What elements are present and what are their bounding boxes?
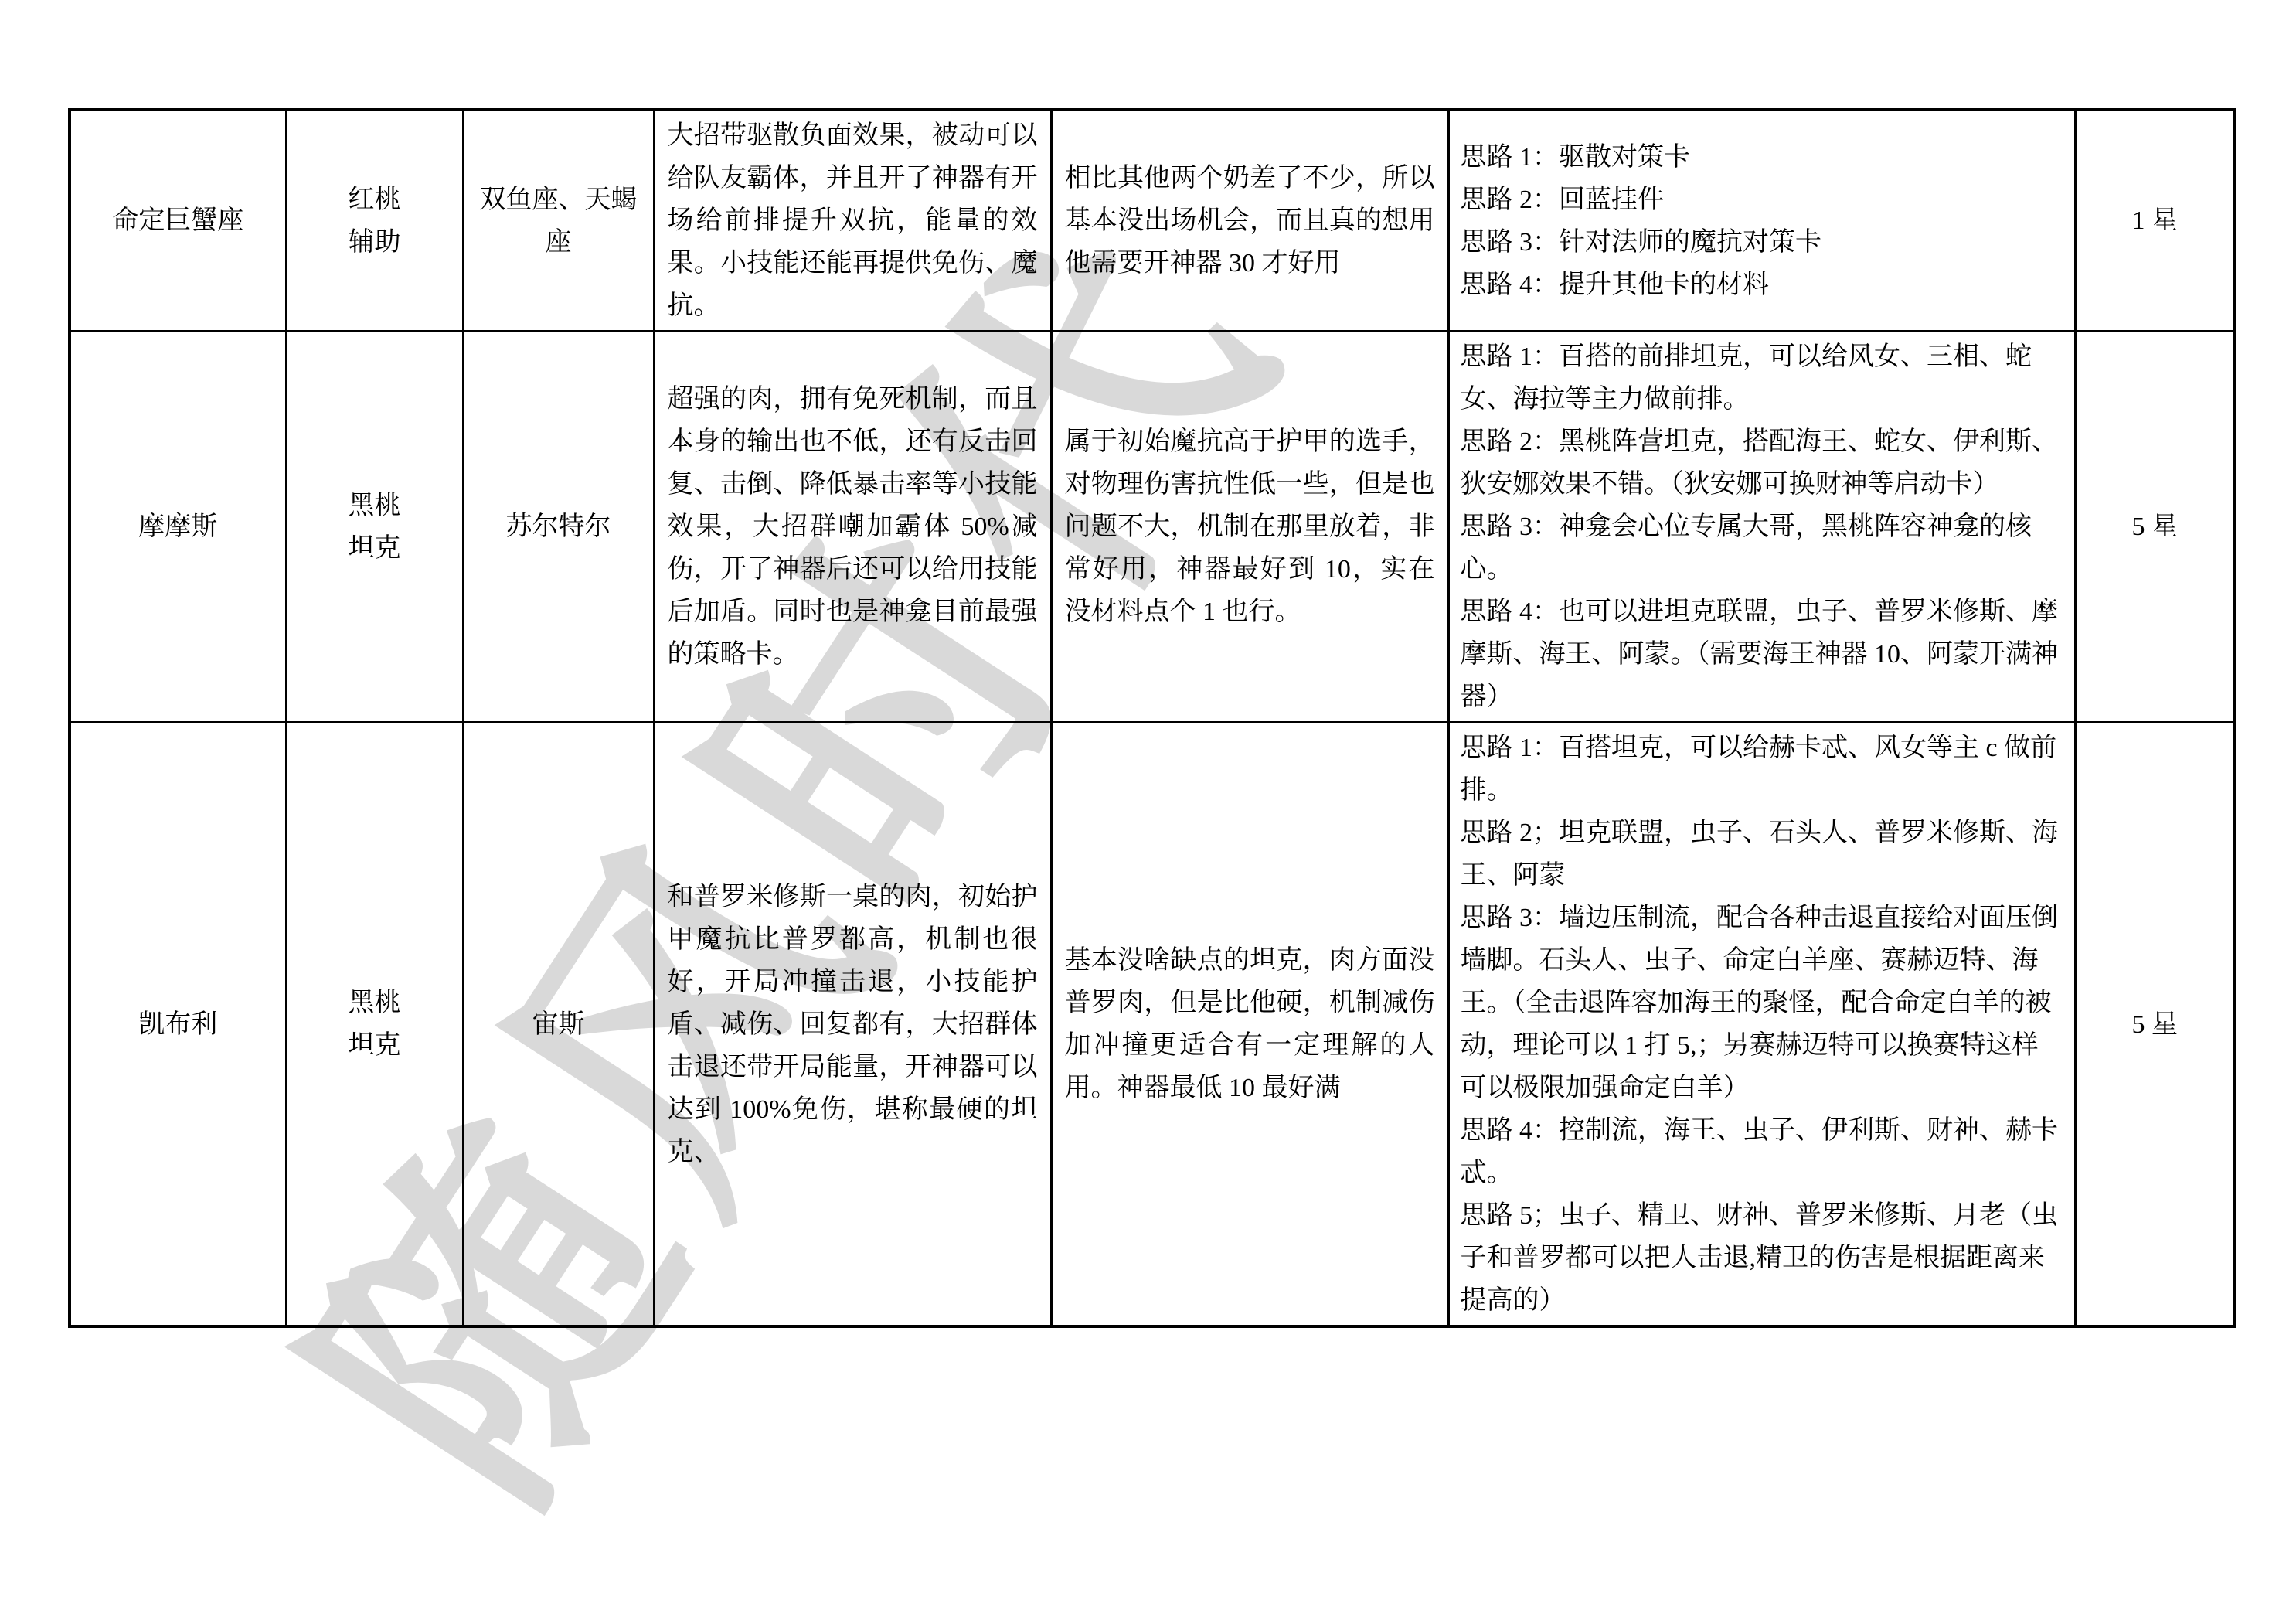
card-name-cell: 凯布利	[70, 723, 286, 1327]
strategies-cell: 思路 1：百搭的前排坦克，可以给风女、三相、蛇女、海拉等主力做前排。 思路 2：…	[1448, 332, 2075, 723]
star-rating-cell: 5 星	[2075, 332, 2235, 723]
camp-role-cell: 黑桃 坦克	[286, 332, 463, 723]
skill-description-cell: 超强的肉，拥有免死机制，而且本身的输出也不低，还有反击回复、击倒、降低暴击率等小…	[654, 332, 1051, 723]
related-cards-cell: 双鱼座、天蝎座	[463, 110, 654, 332]
table-row: 凯布利 黑桃 坦克 宙斯 和普罗米修斯一桌的肉，初始护甲魔抗比普罗都高，机制也很…	[70, 723, 2235, 1327]
camp-role-cell: 红桃 辅助	[286, 110, 463, 332]
table-row: 摩摩斯 黑桃 坦克 苏尔特尔 超强的肉，拥有免死机制，而且本身的输出也不低，还有…	[70, 332, 2235, 723]
star-rating-cell: 1 星	[2075, 110, 2235, 332]
evaluation-cell: 属于初始魔抗高于护甲的选手，对物理伤害抗性低一些，但是也问题不大，机制在那里放着…	[1051, 332, 1448, 723]
related-cards-cell: 苏尔特尔	[463, 332, 654, 723]
skill-description-cell: 和普罗米修斯一桌的肉，初始护甲魔抗比普罗都高，机制也很好，开局冲撞击退，小技能护…	[654, 723, 1051, 1327]
star-rating-cell: 5 星	[2075, 723, 2235, 1327]
evaluation-cell: 基本没啥缺点的坦克，肉方面没普罗肉，但是比他硬，机制减伤加冲撞更适合有一定理解的…	[1051, 723, 1448, 1327]
evaluation-cell: 相比其他两个奶差了不少，所以基本没出场机会，而且真的想用他需要开神器 30 才好…	[1051, 110, 1448, 332]
table-row: 命定巨蟹座 红桃 辅助 双鱼座、天蝎座 大招带驱散负面效果，被动可以给队友霸体，…	[70, 110, 2235, 332]
strategies-cell: 思路 1：驱散对策卡 思路 2：回蓝挂件 思路 3：针对法师的魔抗对策卡 思路 …	[1448, 110, 2075, 332]
card-name-cell: 命定巨蟹座	[70, 110, 286, 332]
camp-role-cell: 黑桃 坦克	[286, 723, 463, 1327]
skill-description-cell: 大招带驱散负面效果，被动可以给队友霸体，并且开了神器有开场给前排提升双抗，能量的…	[654, 110, 1051, 332]
related-cards-cell: 宙斯	[463, 723, 654, 1327]
card-name-cell: 摩摩斯	[70, 332, 286, 723]
document-page: 随风时代 命定巨蟹座 红桃 辅助 双鱼座、天蝎座 大招带驱散负面效果，被动可以给…	[0, 0, 2296, 1624]
strategies-cell: 思路 1：百搭坦克，可以给赫卡忒、风女等主 c 做前排。 思路 2；坦克联盟，虫…	[1448, 723, 2075, 1327]
card-rating-table: 命定巨蟹座 红桃 辅助 双鱼座、天蝎座 大招带驱散负面效果，被动可以给队友霸体，…	[68, 108, 2236, 1328]
